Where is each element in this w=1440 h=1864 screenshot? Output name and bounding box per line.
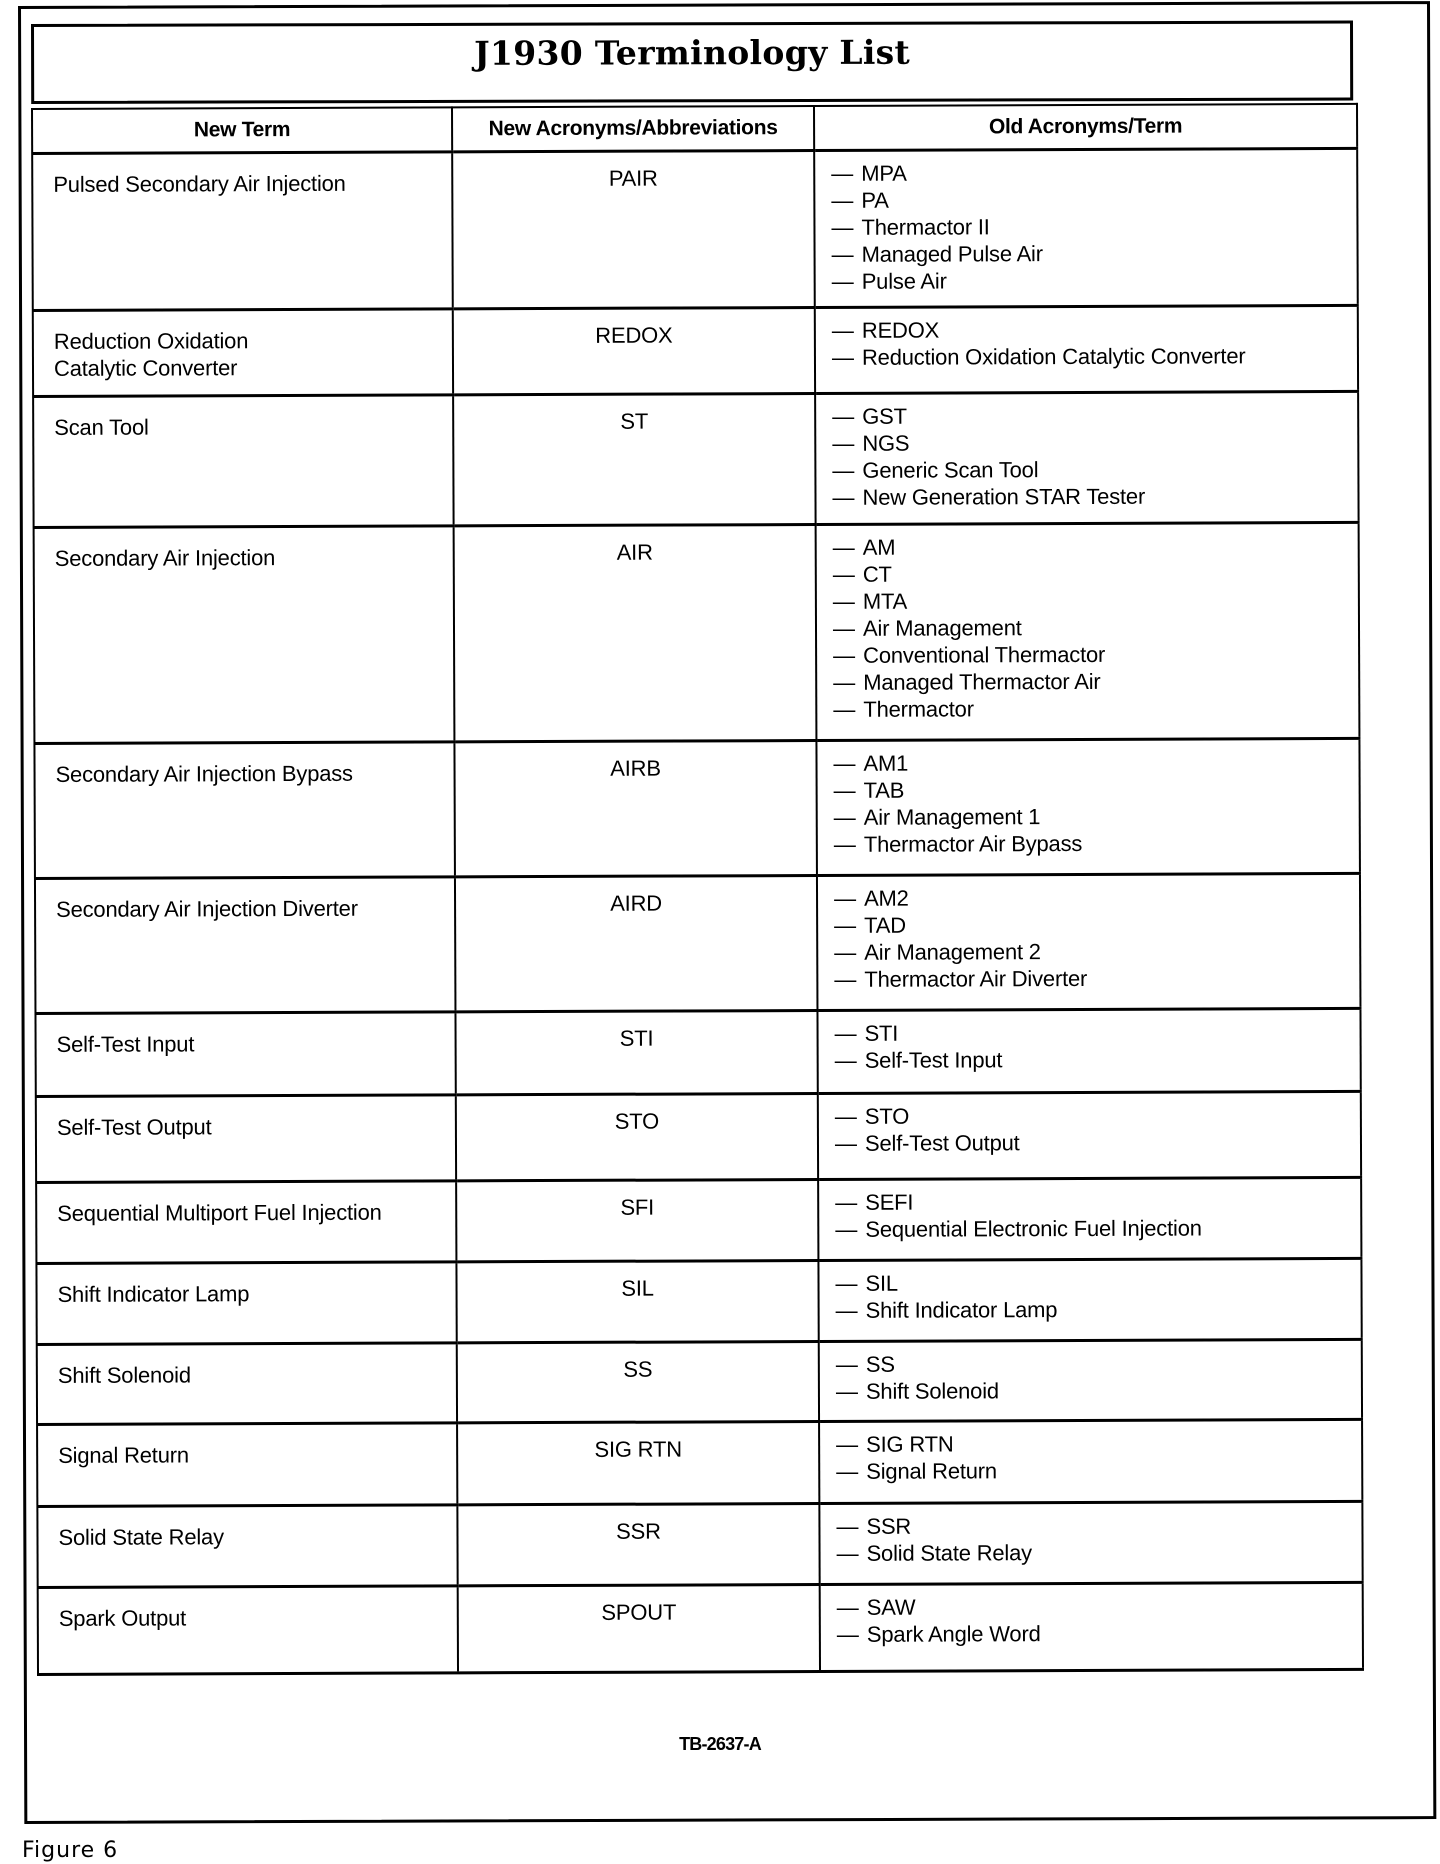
title-box: J1930 Terminology List <box>31 21 1353 104</box>
old-term-text: AM <box>863 534 896 559</box>
reference-code: TB-2637-A <box>0 1734 1440 1755</box>
dash-bullet-icon: — <box>832 456 862 483</box>
dash-bullet-icon: — <box>837 1620 867 1647</box>
old-term-text: Managed Thermactor Air <box>863 668 1100 694</box>
old-term-item: —Self-Test Output <box>835 1127 1360 1156</box>
old-term-item: —MPA <box>831 157 1356 186</box>
old-acronyms-cell: —SIG RTN—Signal Return <box>819 1419 1362 1503</box>
old-term-text: Air Management 1 <box>864 804 1041 830</box>
old-term-item: —Generic Scan Tool <box>832 454 1357 483</box>
dash-bullet-icon: — <box>835 1269 865 1296</box>
new-acronym-cell: AIRB <box>454 740 817 876</box>
dash-bullet-icon: — <box>836 1430 866 1457</box>
dash-bullet-icon: — <box>834 965 864 992</box>
old-term-text: Pulse Air <box>862 268 947 293</box>
old-acronyms-cell: —SAW—Spark Angle Word <box>820 1582 1363 1671</box>
old-term-item: —Managed Pulse Air <box>832 238 1357 267</box>
new-acronym-cell: AIRD <box>455 875 818 1011</box>
old-term-item: —AM2 <box>834 882 1359 911</box>
old-term-item: —GST <box>832 400 1357 429</box>
old-term-text: Signal Return <box>866 1458 997 1484</box>
old-term-item: —SS <box>836 1348 1361 1377</box>
table-row: Secondary Air InjectionAIR—AM—CT—MTA—Air… <box>34 522 1360 743</box>
old-term-text: Air Management 2 <box>864 939 1041 965</box>
old-term-text: Thermactor Air Bypass <box>864 830 1082 856</box>
old-term-item: —Conventional Thermactor <box>833 639 1358 668</box>
new-term-cell: Shift Indicator Lamp <box>36 1261 456 1344</box>
dash-bullet-icon: — <box>834 803 864 830</box>
old-term-item: —Air Management 1 <box>834 801 1359 830</box>
old-term-item: —Thermactor Air Diverter <box>834 963 1359 992</box>
table-row: Reduction Oxidation Catalytic ConverterR… <box>33 305 1358 396</box>
old-term-item: —SIL <box>835 1267 1360 1296</box>
new-term-cell: Self-Test Input <box>35 1011 455 1096</box>
new-term-cell: Spark Output <box>38 1585 458 1674</box>
old-term-item: —Managed Thermactor Air <box>833 666 1358 695</box>
dash-bullet-icon: — <box>834 884 864 911</box>
table-header-row: New Term New Acronyms/Abbreviations Old … <box>32 104 1357 153</box>
new-acronym-cell: SFI <box>456 1179 818 1261</box>
dash-bullet-icon: — <box>833 587 863 614</box>
old-term-text: STO <box>865 1103 909 1128</box>
old-term-item: —Reduction Oxidation Catalytic Converter <box>832 341 1357 370</box>
old-acronyms-cell: —MPA—PA—Thermactor II—Managed Pulse Air—… <box>814 148 1358 307</box>
new-term-cell: Scan Tool <box>33 394 453 527</box>
old-acronyms-cell: —REDOX—Reduction Oxidation Catalytic Con… <box>815 305 1358 393</box>
old-term-text: SSR <box>866 1513 911 1538</box>
dash-bullet-icon: — <box>834 776 864 803</box>
new-term-cell: Solid State Relay <box>37 1504 457 1587</box>
new-acronym-cell: STO <box>456 1093 818 1180</box>
dash-bullet-icon: — <box>832 429 862 456</box>
old-term-text: AM1 <box>863 750 908 775</box>
old-term-item: —STI <box>835 1017 1360 1046</box>
old-acronyms-cell: —SS—Shift Solenoid <box>819 1339 1362 1421</box>
new-acronym-cell: SIL <box>456 1260 818 1342</box>
dash-bullet-icon: — <box>833 533 863 560</box>
new-term-cell: Shift Solenoid <box>37 1342 457 1424</box>
dash-bullet-icon: — <box>832 483 862 510</box>
old-term-item: —SAW <box>837 1591 1362 1620</box>
old-term-text: REDOX <box>862 317 939 342</box>
old-term-text: SS <box>866 1351 895 1376</box>
old-term-item: —SSR <box>836 1510 1361 1539</box>
old-acronyms-cell: —SEFI—Sequential Electronic Fuel Injecti… <box>818 1177 1361 1260</box>
old-term-text: Shift Indicator Lamp <box>866 1297 1058 1323</box>
dash-bullet-icon: — <box>835 1046 865 1073</box>
old-term-item: —TAB <box>834 774 1359 803</box>
old-term-text: SIL <box>865 1270 898 1295</box>
dash-bullet-icon: — <box>831 186 861 213</box>
dash-bullet-icon: — <box>837 1539 867 1566</box>
dash-bullet-icon: — <box>835 1129 865 1156</box>
old-term-text: Shift Solenoid <box>866 1378 999 1404</box>
dash-bullet-icon: — <box>834 911 864 938</box>
old-acronyms-cell: —STO—Self-Test Output <box>818 1091 1361 1179</box>
dash-bullet-icon: — <box>833 641 863 668</box>
dash-bullet-icon: — <box>837 1593 867 1620</box>
new-acronym-cell: SPOUT <box>458 1584 820 1672</box>
old-term-item: —REDOX <box>832 314 1357 343</box>
new-term-cell: Signal Return <box>37 1422 457 1506</box>
old-term-text: Thermactor <box>863 696 974 721</box>
table-row: Self-Test OutputSTO—STO—Self-Test Output <box>36 1091 1361 1182</box>
dash-bullet-icon: — <box>833 749 863 776</box>
old-term-item: —NGS <box>832 427 1357 456</box>
table-row: Pulsed Secondary Air InjectionPAIR—MPA—P… <box>32 148 1358 310</box>
old-term-text: Self-Test Output <box>865 1130 1020 1156</box>
new-term-cell: Secondary Air Injection Bypass <box>34 741 455 878</box>
old-term-item: —CT <box>833 558 1358 587</box>
new-term-cell: Sequential Multiport Fuel Injection <box>36 1180 456 1263</box>
dash-bullet-icon: — <box>831 213 861 240</box>
dash-bullet-icon: — <box>835 1215 865 1242</box>
old-term-item: —Spark Angle Word <box>837 1618 1362 1647</box>
old-term-item: —AM1 <box>833 747 1358 776</box>
dash-bullet-icon: — <box>832 343 862 370</box>
dash-bullet-icon: — <box>835 1019 865 1046</box>
old-term-text: SAW <box>867 1594 916 1619</box>
old-term-item: —Self-Test Input <box>835 1044 1360 1073</box>
table-body: Pulsed Secondary Air InjectionPAIR—MPA—P… <box>32 148 1363 1674</box>
document-title: J1930 Terminology List <box>474 32 910 72</box>
old-term-text: STI <box>865 1020 899 1045</box>
dash-bullet-icon: — <box>832 267 862 294</box>
dash-bullet-icon: — <box>831 159 861 186</box>
new-term-cell: Reduction Oxidation Catalytic Converter <box>33 308 453 396</box>
old-term-item: —SEFI <box>835 1186 1360 1215</box>
figure-caption: Figure 6 <box>22 1838 118 1863</box>
old-term-item: —Thermactor <box>833 693 1358 722</box>
old-term-item: —TAD <box>834 909 1359 938</box>
dash-bullet-icon: — <box>836 1457 866 1484</box>
table-row: Shift SolenoidSS—SS—Shift Solenoid <box>37 1339 1362 1424</box>
old-term-item: —Air Management <box>833 612 1358 641</box>
old-term-text: New Generation STAR Tester <box>862 483 1145 509</box>
old-term-item: —Sequential Electronic Fuel Injection <box>835 1213 1360 1242</box>
old-term-item: —PA <box>831 184 1356 213</box>
terminology-table: New Term New Acronyms/Abbreviations Old … <box>31 103 1364 1676</box>
old-term-text: Thermactor Air Diverter <box>864 965 1087 991</box>
old-acronyms-cell: —GST—NGS—Generic Scan Tool—New Generatio… <box>815 391 1358 524</box>
old-term-text: Conventional Thermactor <box>863 641 1105 667</box>
old-term-item: —Signal Return <box>836 1455 1361 1484</box>
old-term-text: Air Management <box>863 615 1022 641</box>
table-row: Scan ToolST—GST—NGS—Generic Scan Tool—Ne… <box>33 391 1358 527</box>
old-acronyms-cell: —AM1—TAB—Air Management 1—Thermactor Air… <box>816 738 1360 875</box>
old-term-item: —AM <box>833 531 1358 560</box>
new-term-cell: Self-Test Output <box>36 1094 456 1182</box>
old-acronyms-cell: —AM—CT—MTA—Air Management—Conventional T… <box>816 522 1360 740</box>
old-term-item: —New Generation STAR Tester <box>832 481 1357 510</box>
dash-bullet-icon: — <box>836 1350 866 1377</box>
old-term-text: Managed Pulse Air <box>862 241 1043 267</box>
dash-bullet-icon: — <box>833 614 863 641</box>
old-term-text: MTA <box>863 588 907 613</box>
old-acronyms-cell: —STI—Self-Test Input <box>817 1008 1360 1093</box>
table-row: Solid State RelaySSR—SSR—Solid State Rel… <box>37 1501 1362 1587</box>
new-acronym-cell: SSR <box>457 1503 819 1585</box>
old-term-text: TAD <box>864 912 906 937</box>
dash-bullet-icon: — <box>834 830 864 857</box>
old-term-item: —SIG RTN <box>836 1428 1361 1457</box>
dash-bullet-icon: — <box>833 560 863 587</box>
old-term-text: CT <box>863 561 892 586</box>
old-term-item: —Shift Solenoid <box>836 1375 1361 1404</box>
old-term-item: —Pulse Air <box>832 265 1357 294</box>
old-term-text: Reduction Oxidation Catalytic Converter <box>862 343 1246 369</box>
dash-bullet-icon: — <box>836 1512 866 1539</box>
old-term-text: TAB <box>864 777 905 802</box>
old-term-item: —MTA <box>833 585 1358 614</box>
header-new-term: New Term <box>32 107 452 153</box>
new-acronym-cell: ST <box>453 393 816 525</box>
new-acronym-cell: STI <box>455 1010 817 1094</box>
new-acronym-cell: SS <box>457 1341 819 1422</box>
old-term-item: —Shift Indicator Lamp <box>836 1294 1361 1323</box>
dash-bullet-icon: — <box>833 695 863 722</box>
old-term-text: Spark Angle Word <box>867 1621 1041 1647</box>
new-acronym-cell: AIR <box>454 524 817 741</box>
dash-bullet-icon: — <box>834 938 864 965</box>
table-row: Shift Indicator LampSIL—SIL—Shift Indica… <box>36 1258 1361 1344</box>
dash-bullet-icon: — <box>832 240 862 267</box>
header-new-acronyms: New Acronyms/Abbreviations <box>452 106 814 151</box>
old-term-text: MPA <box>861 160 907 185</box>
dash-bullet-icon: — <box>836 1377 866 1404</box>
table-row: Secondary Air Injection DiverterAIRD—AM2… <box>35 873 1361 1013</box>
old-term-text: NGS <box>862 430 909 455</box>
old-term-item: —Solid State Relay <box>837 1537 1362 1566</box>
table-row: Sequential Multiport Fuel InjectionSFI—S… <box>36 1177 1361 1263</box>
old-acronyms-cell: —AM2—TAD—Air Management 2—Thermactor Air… <box>817 873 1361 1010</box>
old-term-text: Generic Scan Tool <box>862 457 1038 483</box>
new-term-cell: Secondary Air Injection <box>34 525 455 743</box>
old-term-text: PA <box>861 187 888 212</box>
header-old-acronyms: Old Acronyms/Term <box>814 104 1357 150</box>
old-term-item: —Thermactor II <box>831 211 1356 240</box>
dash-bullet-icon: — <box>836 1296 866 1323</box>
dash-bullet-icon: — <box>832 402 862 429</box>
old-term-item: —Air Management 2 <box>834 936 1359 965</box>
old-term-item: —STO <box>835 1100 1360 1129</box>
old-term-text: SEFI <box>865 1189 913 1214</box>
table-row: Spark OutputSPOUT—SAW—Spark Angle Word <box>38 1582 1363 1674</box>
old-term-text: Self-Test Input <box>865 1047 1003 1073</box>
table-row: Secondary Air Injection BypassAIRB—AM1—T… <box>34 738 1360 878</box>
new-acronym-cell: PAIR <box>452 150 815 308</box>
old-term-text: Sequential Electronic Fuel Injection <box>865 1215 1202 1241</box>
table-row: Self-Test InputSTI—STI—Self-Test Input <box>35 1008 1360 1096</box>
new-acronym-cell: SIG RTN <box>457 1421 819 1504</box>
old-term-text: SIG RTN <box>866 1431 954 1456</box>
old-term-text: Solid State Relay <box>867 1540 1032 1566</box>
dash-bullet-icon: — <box>835 1102 865 1129</box>
new-acronym-cell: REDOX <box>453 307 815 394</box>
old-acronyms-cell: —SIL—Shift Indicator Lamp <box>818 1258 1361 1341</box>
old-acronyms-cell: —SSR—Solid State Relay <box>819 1501 1362 1584</box>
new-term-cell: Pulsed Secondary Air Injection <box>32 151 453 310</box>
old-term-item: —Thermactor Air Bypass <box>834 828 1359 857</box>
old-term-text: AM2 <box>864 885 909 910</box>
dash-bullet-icon: — <box>833 668 863 695</box>
old-term-text: Thermactor II <box>861 214 989 239</box>
new-term-cell: Secondary Air Injection Diverter <box>35 876 456 1013</box>
table-row: Signal ReturnSIG RTN—SIG RTN—Signal Retu… <box>37 1419 1362 1506</box>
dash-bullet-icon: — <box>832 316 862 343</box>
dash-bullet-icon: — <box>835 1188 865 1215</box>
old-term-text: GST <box>862 403 907 428</box>
